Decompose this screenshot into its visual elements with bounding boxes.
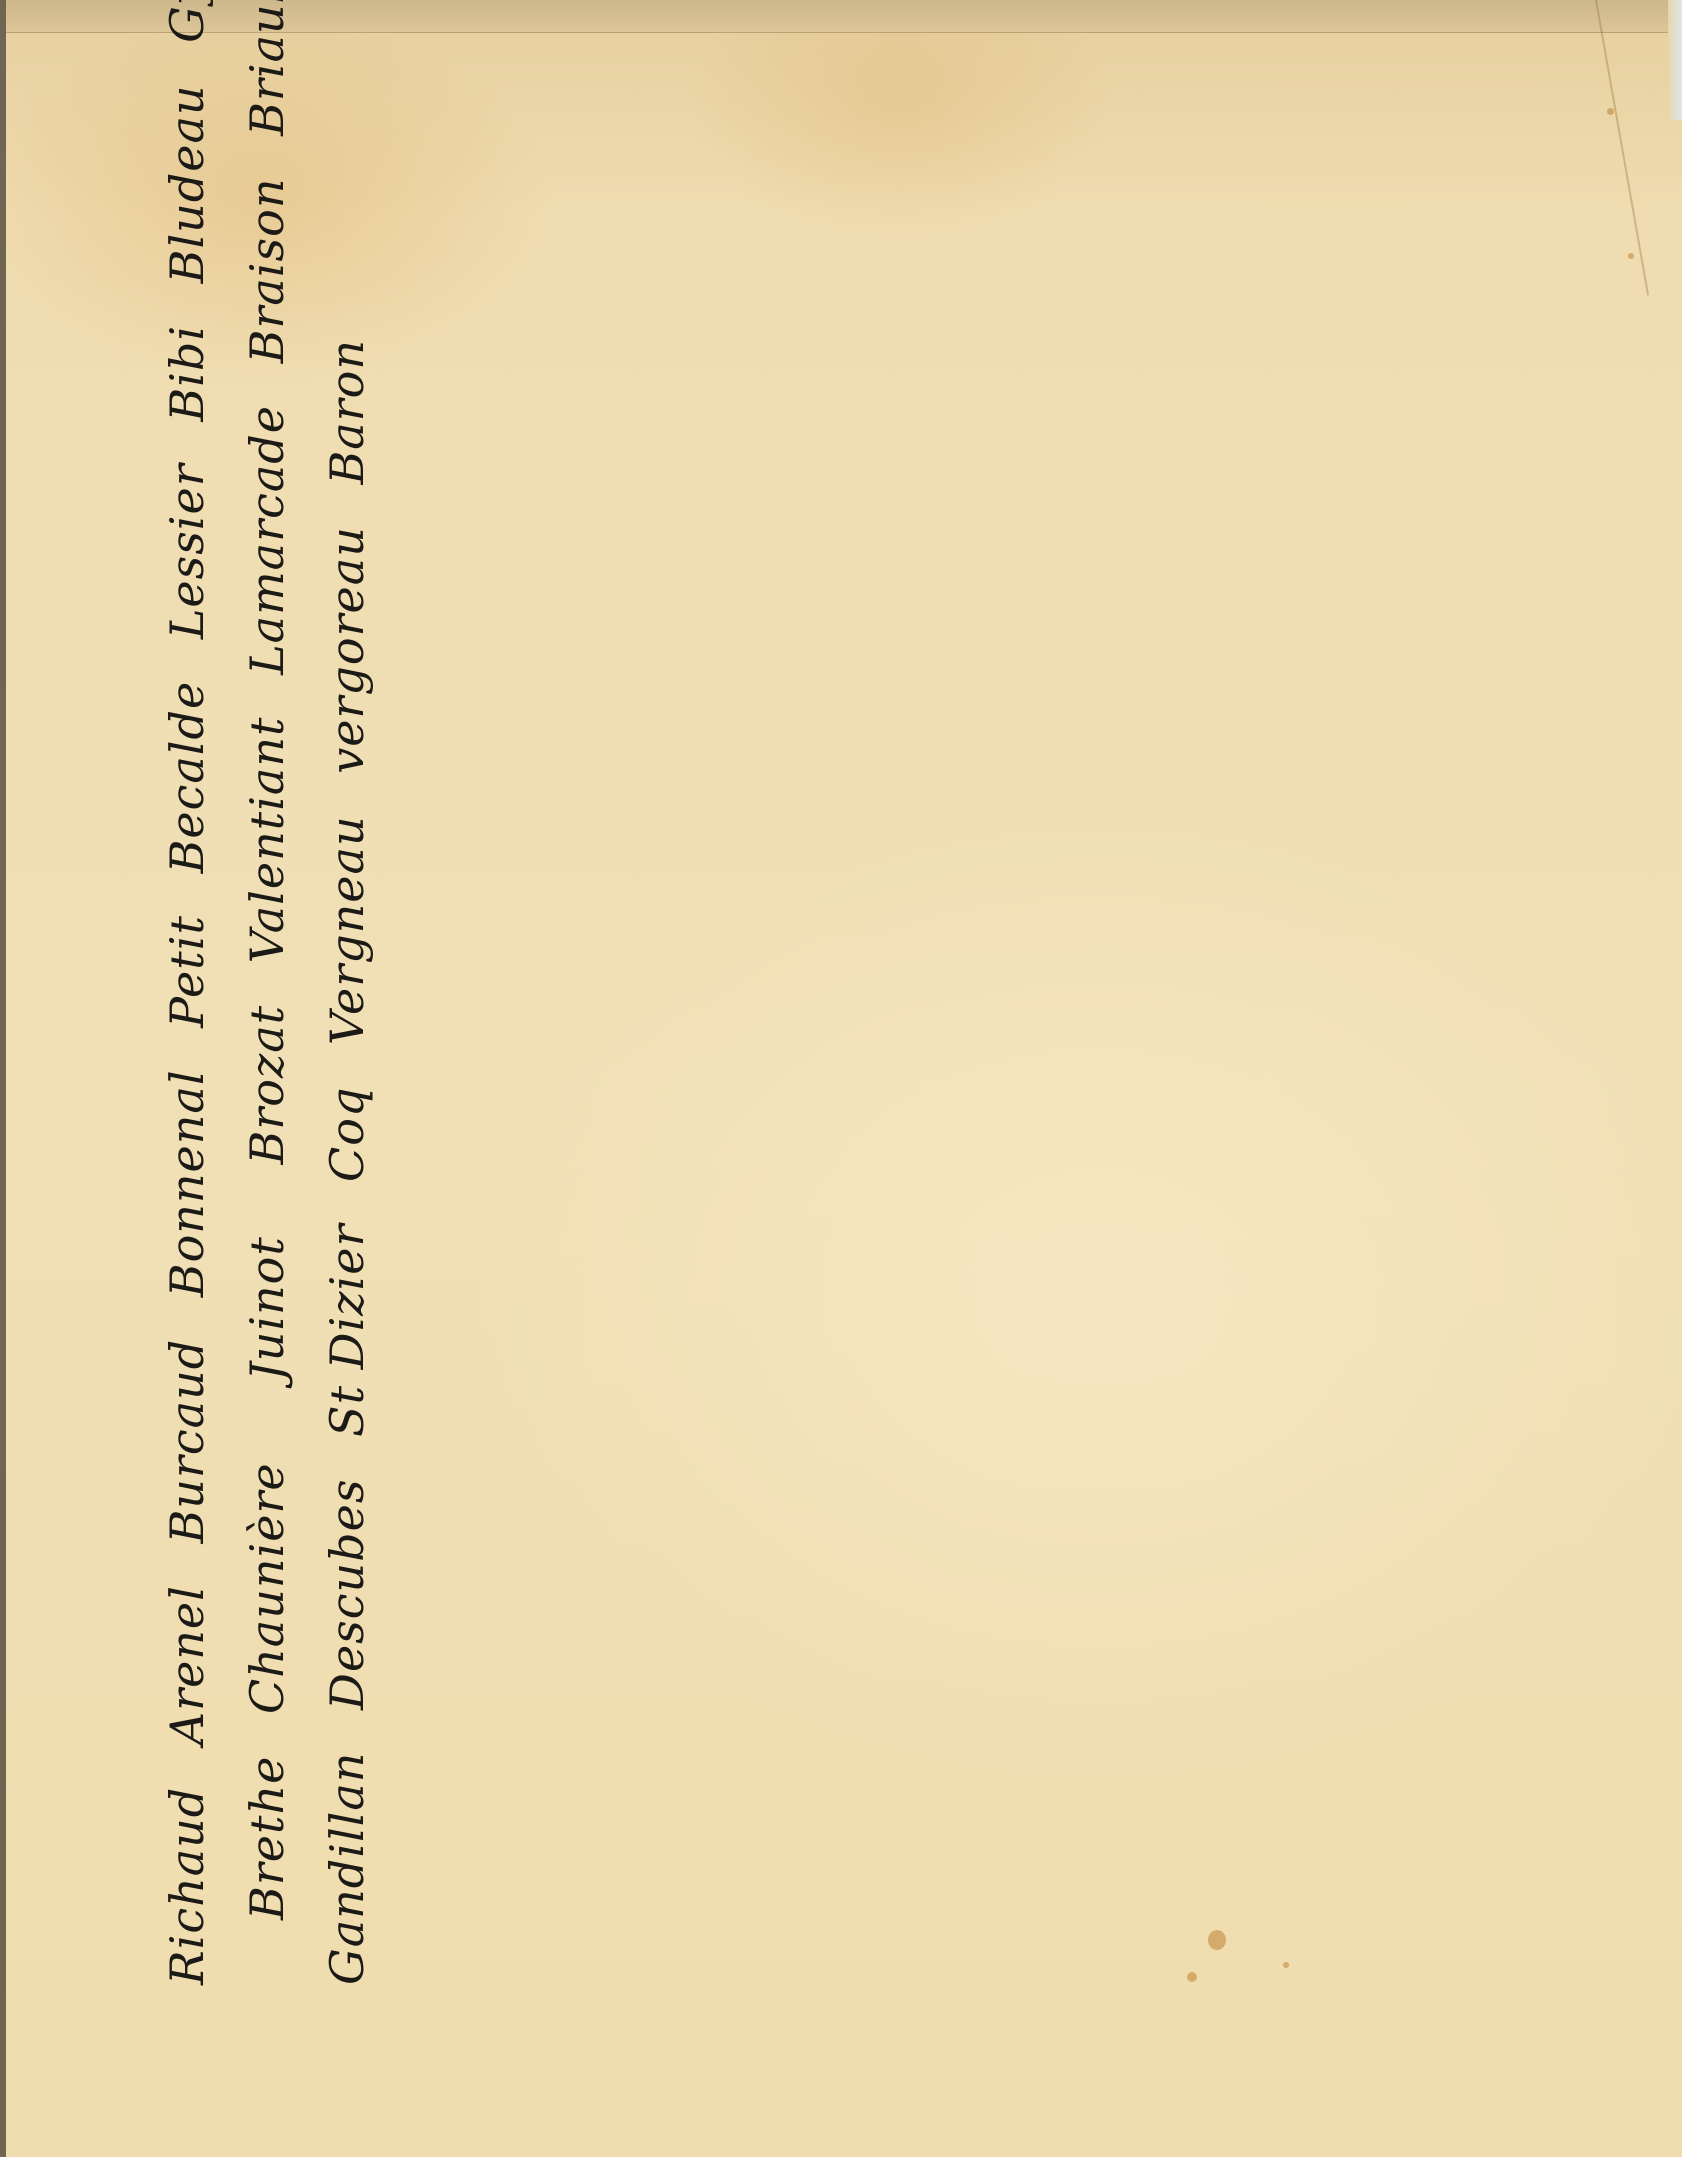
handwritten-name: Lessier [160, 463, 214, 639]
handwritten-name: Valentiant [240, 717, 294, 964]
handwritten-name: Chaunière [240, 1462, 294, 1714]
handwritten-name: Juinot [240, 1236, 294, 1381]
name-line-3: Gandillan Descubes St Dizier Coq Vergnea… [320, 313, 374, 1985]
foxing-stain [1208, 1930, 1226, 1950]
handwritten-name: Vergneau [320, 815, 374, 1045]
handwritten-name: Gyraud [160, 0, 214, 43]
handwritten-name: Richaud [160, 1787, 214, 1985]
scan-left-border [0, 0, 6, 2157]
foxing-stain [1187, 1972, 1197, 1982]
handwritten-name: Arenel [160, 1585, 214, 1745]
handwritten-name: St Dizier [320, 1224, 374, 1437]
foxing-stain [1607, 108, 1614, 115]
handwritten-name: Brozat [240, 1005, 294, 1165]
scan-right-border [1668, 0, 1682, 120]
handwritten-name: Coq [320, 1087, 374, 1182]
handwritten-name: Briault [240, 0, 294, 136]
name-line-2: Brethe Chaunière Juinot Brozat Valentian… [240, 0, 294, 1920]
handwritten-name: Bonnenal [160, 1069, 214, 1297]
handwritten-name: Descubes [320, 1479, 374, 1710]
name-line-1: Richaud Arenel Burcaud Bonnenal Petit Be… [160, 0, 214, 1985]
handwritten-name: Bludeau [160, 84, 214, 283]
handwritten-name: Lamarcade [240, 405, 294, 675]
handwritten-name: Gandillan [320, 1752, 374, 1985]
handwritten-name: Baron [320, 339, 374, 485]
foxing-stain [1283, 1962, 1289, 1968]
handwritten-name: Bibi [160, 325, 214, 422]
handwritten-name: Brethe [240, 1756, 294, 1920]
handwritten-name: Becalde [160, 681, 214, 874]
handwritten-name-corrected: vergoreau [320, 526, 374, 774]
handwritten-name: Burcaud [160, 1339, 214, 1544]
handwritten-name: Braison [240, 178, 294, 364]
foxing-stain [1628, 253, 1634, 259]
handwritten-name: Petit [160, 915, 214, 1028]
